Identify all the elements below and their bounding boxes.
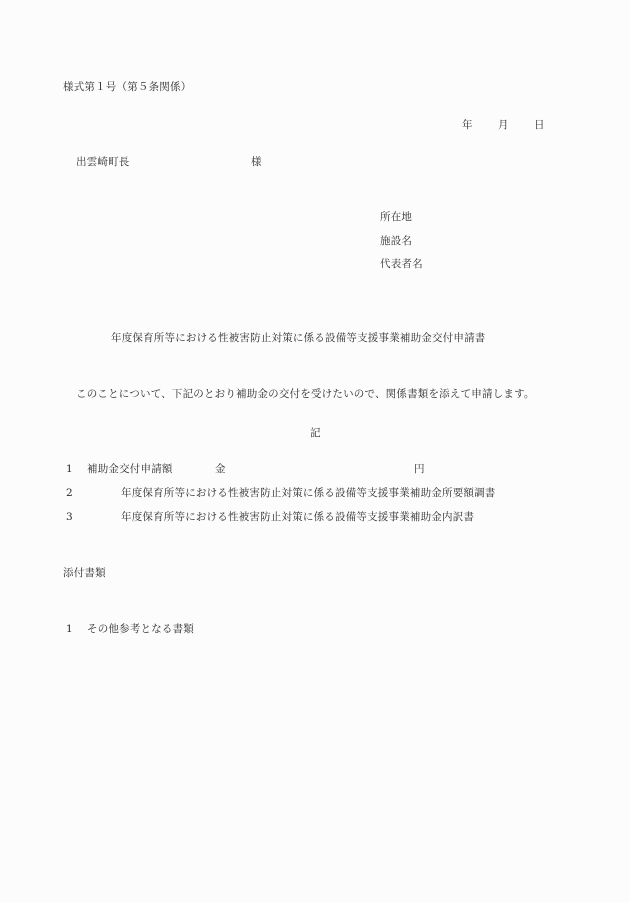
date-month-label: 月 xyxy=(498,120,509,131)
note-heading: 記 xyxy=(310,428,321,439)
document-title: 年度保育所等における性被害防止対策に係る設備等支援事業補助金交付申請書 xyxy=(111,333,486,344)
amount-prefix: 金 xyxy=(215,464,226,475)
attachment-number: 1 xyxy=(66,624,73,635)
amount-suffix: 円 xyxy=(414,464,425,475)
item-label: 年度保育所等における性被害防止対策に係る設備等支援事業補助金所要額調書 xyxy=(121,488,496,499)
item-label: 補助金交付申請額 xyxy=(87,464,173,475)
form-number: 様式第１号（第５条関係） xyxy=(63,82,191,93)
attachments-heading: 添付書類 xyxy=(63,568,106,579)
addressee-name: 出雲崎町長 xyxy=(76,157,130,168)
date-day-label: 日 xyxy=(534,120,545,131)
date-year-label: 年 xyxy=(462,120,473,131)
item-number: 2 xyxy=(66,488,73,499)
applicant-address-label: 所在地 xyxy=(380,212,412,223)
applicant-representative-label: 代表者名 xyxy=(380,259,423,270)
item-label: 年度保育所等における性被害防止対策に係る設備等支援事業補助金内訳書 xyxy=(121,512,474,523)
item-number: 1 xyxy=(66,464,73,475)
item-number: 3 xyxy=(66,512,73,523)
attachment-label: その他参考となる書類 xyxy=(87,624,194,635)
body-text: このことについて、下記のとおり補助金の交付を受けたいので、関係書類を添えて申請し… xyxy=(76,389,535,400)
addressee-honorific: 様 xyxy=(251,157,262,168)
applicant-facility-label: 施設名 xyxy=(380,236,412,247)
